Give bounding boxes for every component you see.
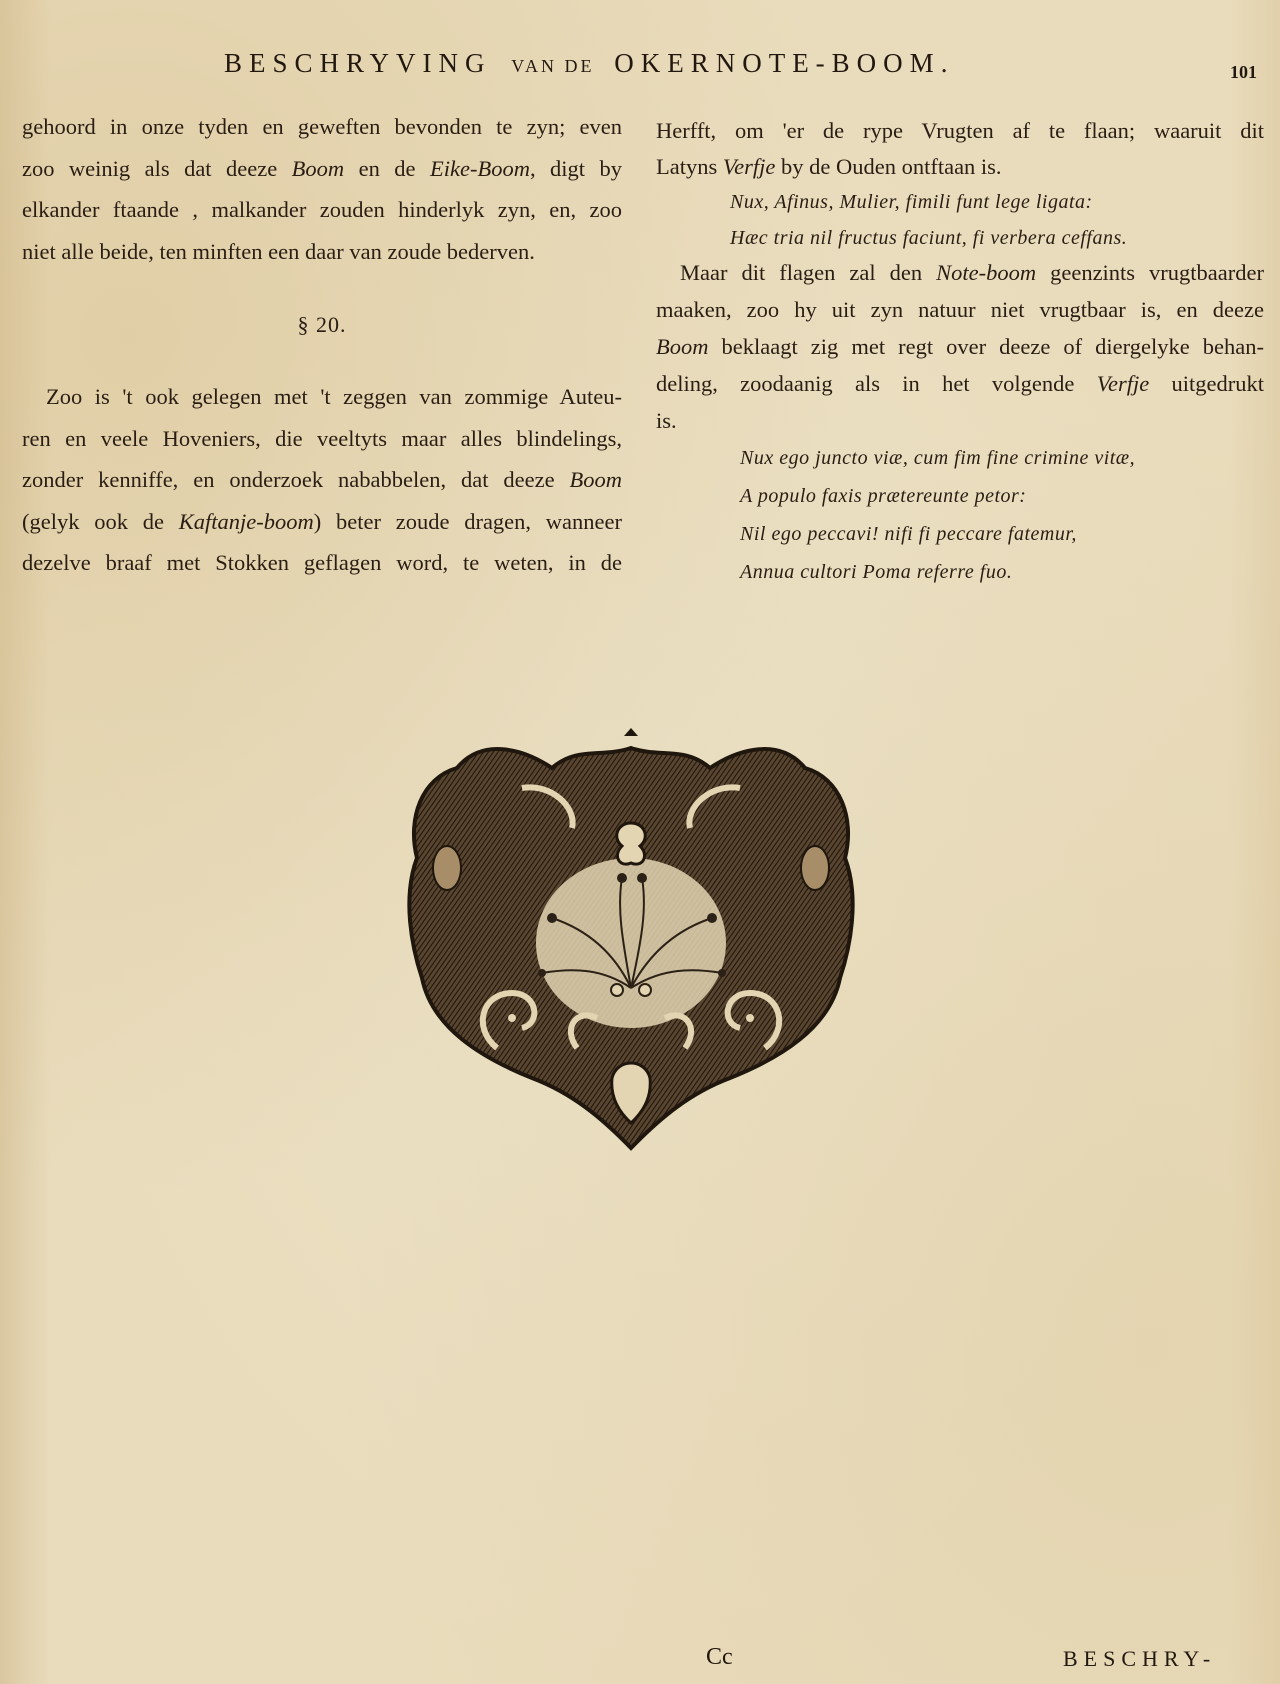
italic-term: Boom — [292, 156, 345, 181]
latin-verse-line: Nux ego juncto viæ, cum fim fine crimine… — [656, 439, 1264, 477]
text-run: zonder kenniffe, en onderzoek nababbelen… — [22, 467, 570, 492]
running-title: BESCHRYVING VAN DE OKERNOTE-BOOM. — [224, 48, 954, 79]
italic-term: Eike-Boom — [430, 156, 530, 181]
text-line: elkander ftaande , malkander zouden hind… — [22, 191, 622, 233]
signature-mark: Cc — [706, 1644, 733, 1671]
latin-verse-line: A populo faxis prætereunte petor: — [656, 477, 1264, 515]
text-line: Zoo is 't ook gelegen met 't zeggen van … — [22, 378, 622, 420]
catchword: BESCHRY- — [1063, 1646, 1216, 1672]
text-run: Latyns — [656, 154, 723, 179]
left-column: gehoord in onze tyden en geweften bevond… — [22, 108, 622, 586]
text-line: Maar dit flagen zal den Note-boom geenzi… — [656, 254, 1264, 291]
text-run: uitgedrukt — [1149, 371, 1264, 396]
right-column: Herfft, om 'er de rype Vrugten af te fla… — [656, 112, 1264, 591]
section-heading: § 20. — [22, 306, 622, 344]
text-line: Boom beklaagt zig met regt over deeze of… — [656, 328, 1264, 365]
book-page: BESCHRYVING VAN DE OKERNOTE-BOOM. 101 ge… — [0, 0, 1280, 1684]
text-line: deling, zoodaanig als in het volgende Ve… — [656, 365, 1264, 402]
text-line: niet alle beide, ten minften een daar va… — [22, 233, 622, 275]
text-line: ren en veele Hoveniers, die veeltyts maa… — [22, 420, 622, 462]
italic-term: Verfje — [1097, 371, 1149, 396]
text-run: , digt by — [530, 156, 622, 181]
text-line: maaken, zoo hy uit zyn natuur niet vrugt… — [656, 291, 1264, 328]
text-run: geenzints vrugtbaarder — [1036, 260, 1264, 285]
text-line: Herfft, om 'er de rype Vrugten af te fla… — [656, 112, 1264, 148]
text-run: en de — [344, 156, 430, 181]
text-run: deling, zoodaanig als in het volgende — [656, 371, 1097, 396]
italic-term: Boom — [570, 467, 623, 492]
text-line: zonder kenniffe, en onderzoek nababbelen… — [22, 461, 622, 503]
page-number: 101 — [1230, 62, 1257, 83]
latin-verse-line: Nux, Afinus, Mulier, fimili funt lege li… — [656, 183, 1264, 219]
text-line: zoo weinig als dat deeze Boom en de Eike… — [22, 150, 622, 192]
text-line: (gelyk ook de Kaftanje-boom) beter zoude… — [22, 503, 622, 545]
text-line: Latyns Verfje by de Ouden ontftaan is. — [656, 148, 1264, 184]
baroque-vignette-icon — [402, 728, 860, 1156]
latin-verse-line: Hæc tria nil fructus faciunt, fi verbera… — [656, 219, 1264, 255]
text-line: is. — [656, 402, 1264, 439]
text-run: (gelyk ook de — [22, 509, 179, 534]
latin-verse-line: Nil ego peccavi! nifi fi peccare fatemur… — [656, 515, 1264, 553]
italic-term: Verfje — [723, 154, 775, 179]
italic-term: Note-boom — [936, 260, 1036, 285]
running-title-part2: VAN DE — [511, 56, 594, 76]
text-run: by de Ouden ontftaan is. — [775, 154, 1001, 179]
running-title-part3: OKERNOTE-BOOM. — [614, 48, 954, 78]
text-line: gehoord in onze tyden en geweften bevond… — [22, 108, 622, 150]
italic-term: Boom — [656, 334, 709, 359]
latin-verse-line: Annua cultori Poma referre fuo. — [656, 553, 1264, 591]
italic-term: Kaftanje-boom — [179, 509, 314, 534]
text-run: Maar dit flagen zal den — [680, 260, 936, 285]
running-title-part1: BESCHRYVING — [224, 48, 492, 78]
text-run: zoo weinig als dat deeze — [22, 156, 292, 181]
text-line: dezelve braaf met Stokken geflagen word,… — [22, 544, 622, 586]
text-run: ) beter zoude dragen, wanneer — [314, 509, 622, 534]
text-run: beklaagt zig met regt over deeze of dier… — [709, 334, 1265, 359]
